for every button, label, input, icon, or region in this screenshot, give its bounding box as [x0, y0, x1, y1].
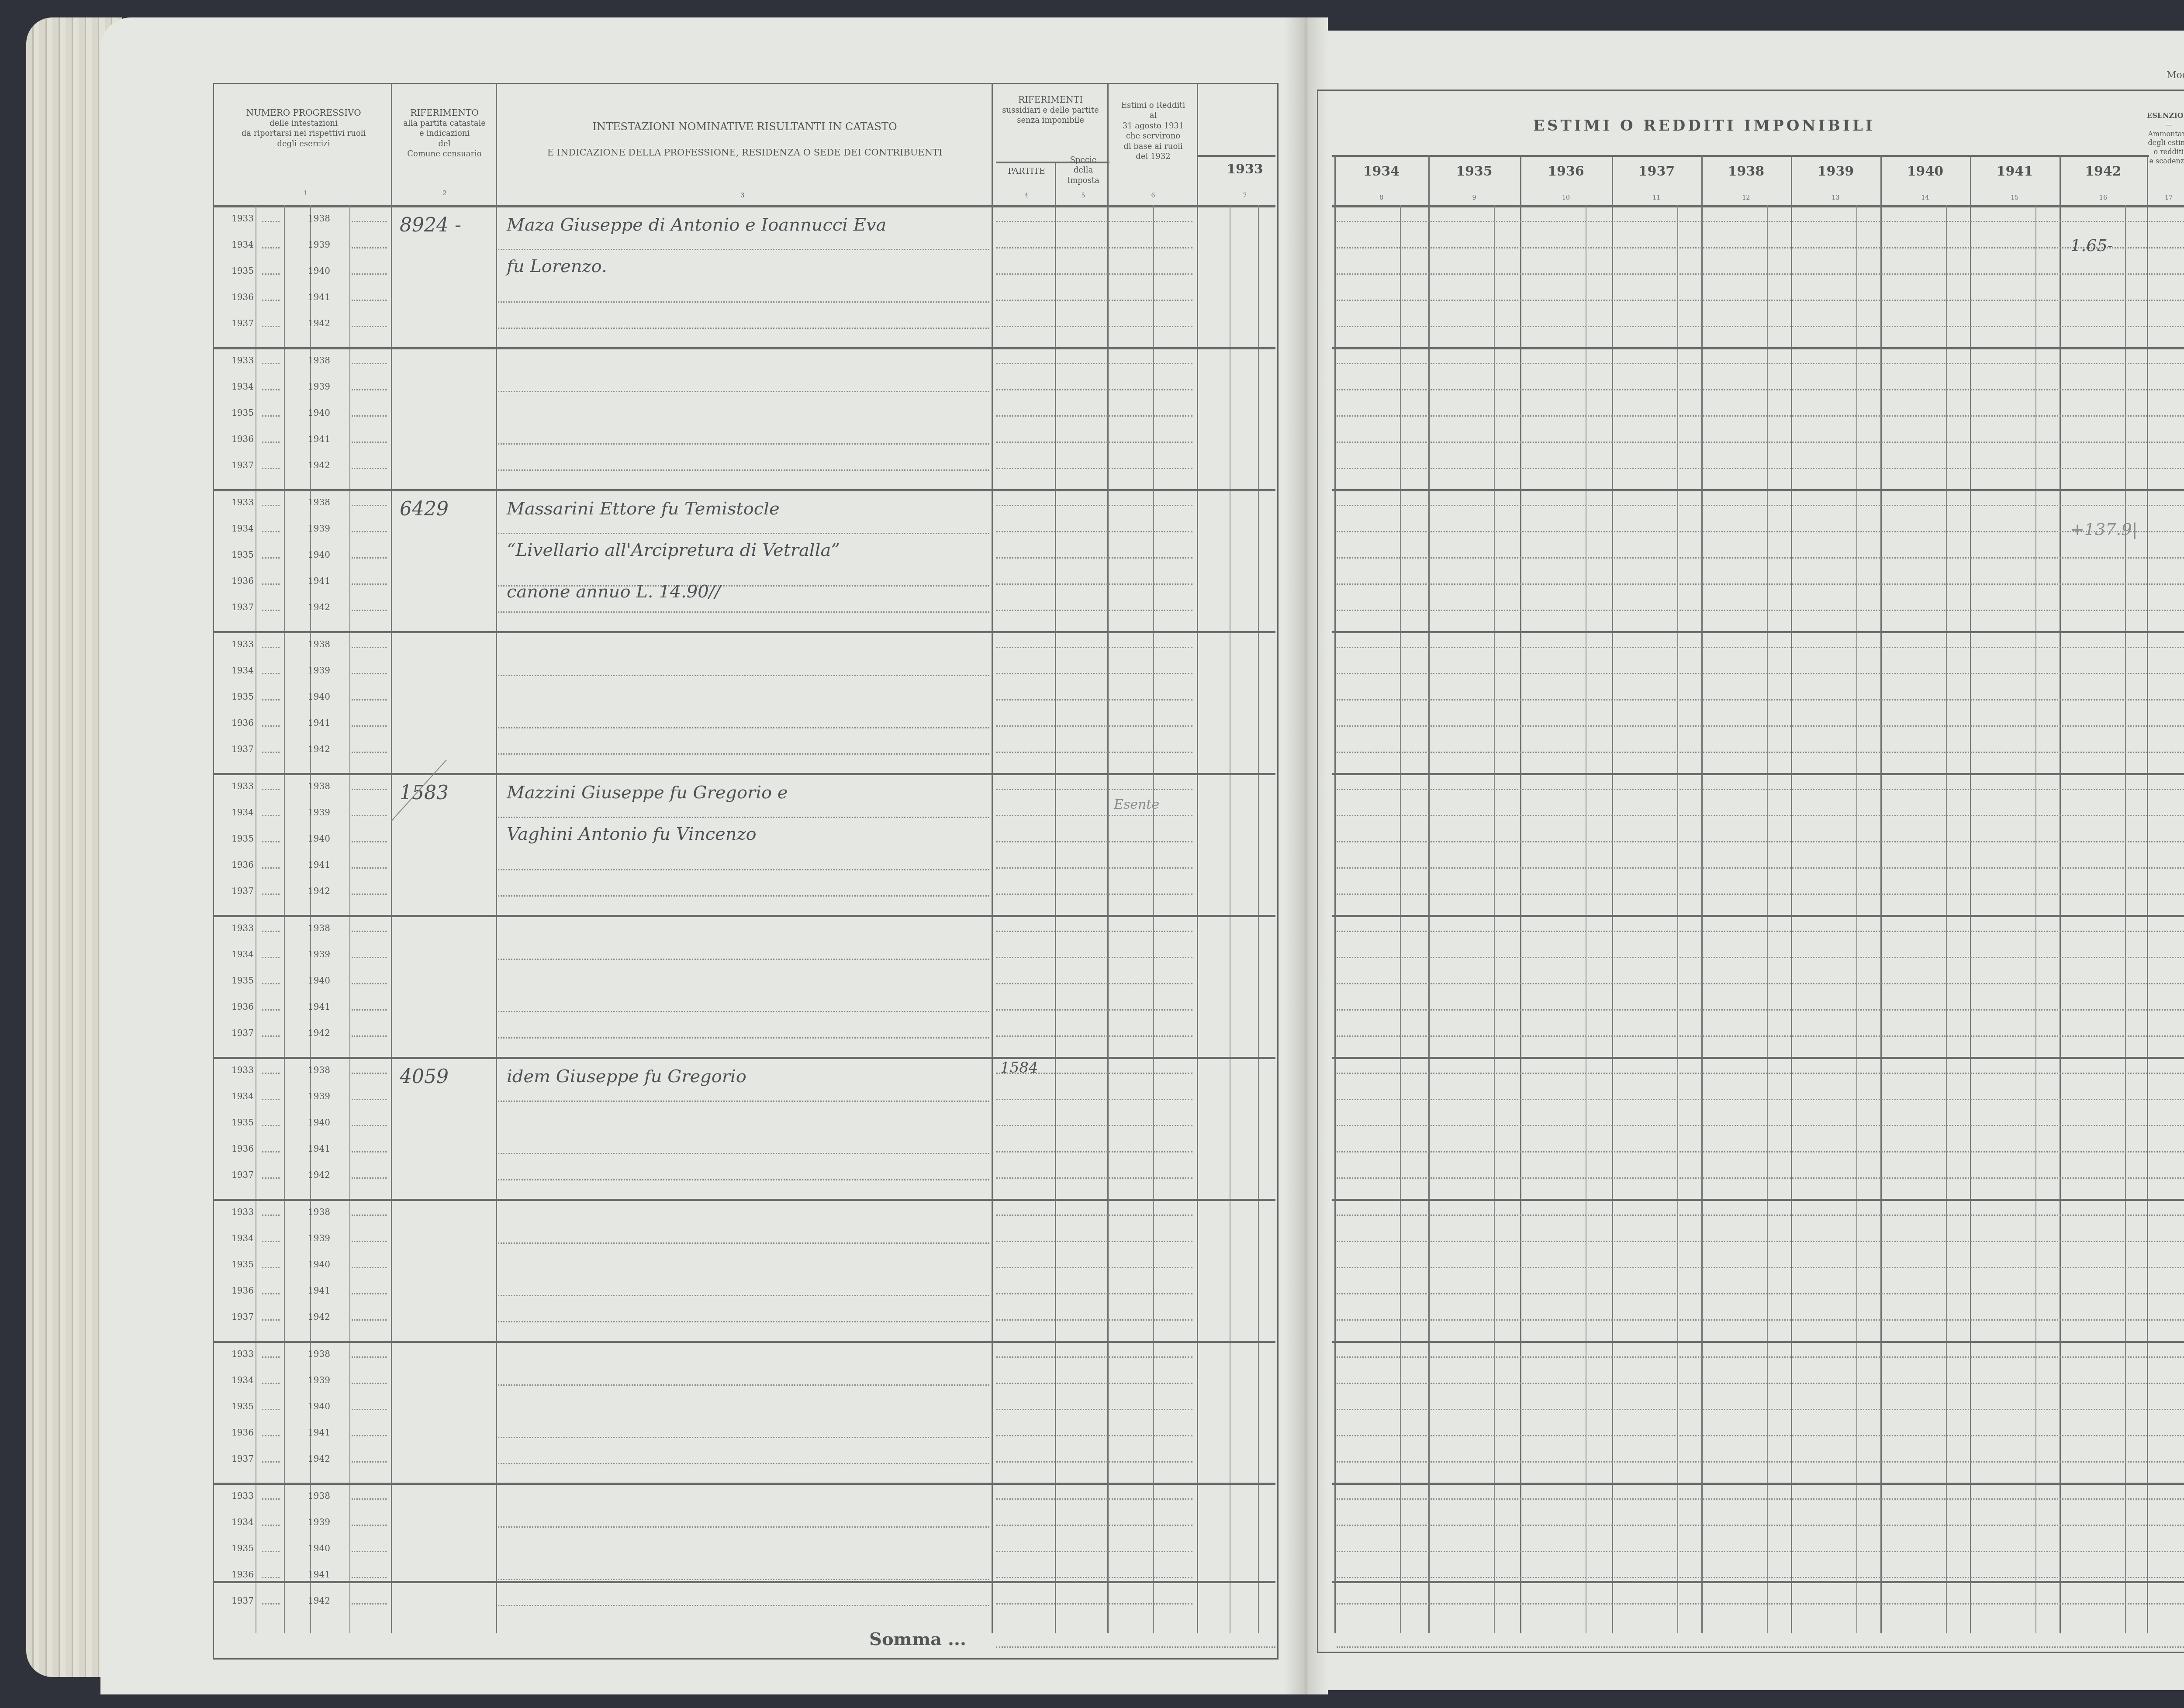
dotted-leader — [262, 300, 280, 301]
header-year-1938: 1938 — [1701, 164, 1791, 179]
dotted-leader — [352, 1435, 387, 1436]
ref-writing-line — [996, 1435, 1192, 1436]
dotted-leader — [262, 1461, 280, 1463]
dotted-leader — [352, 1356, 387, 1358]
ref-writing-line — [996, 221, 1192, 222]
header-partite: PARTITE — [996, 166, 1057, 177]
ref-writing-line — [996, 557, 1192, 559]
left-block-rule — [214, 1483, 1275, 1485]
left-col-divider — [391, 83, 392, 1633]
name-writing-line — [498, 727, 989, 728]
year-label: 1933 — [232, 1207, 254, 1217]
dotted-leader — [262, 1009, 280, 1011]
ref-writing-line — [996, 1603, 1192, 1604]
dotted-leader — [352, 1525, 387, 1526]
value-writing-line — [1337, 983, 2184, 984]
year-label: 1941 — [308, 434, 330, 444]
name-writing-line — [498, 959, 989, 960]
dotted-leader — [352, 1461, 387, 1463]
value-writing-line — [1337, 725, 2184, 727]
dotted-leader — [262, 1073, 280, 1074]
year-label: 1934 — [232, 665, 254, 676]
dotted-leader — [262, 1577, 280, 1578]
year-label: 1934 — [232, 1375, 254, 1385]
year-label: 1936 — [232, 434, 254, 444]
dotted-leader — [262, 610, 280, 611]
entry-name-line: fu Lorenzo. — [507, 256, 607, 276]
colnum-15: 15 — [1970, 194, 2060, 201]
ref-writing-line — [996, 300, 1192, 301]
value-writing-line — [1337, 389, 2184, 390]
ref-writing-line — [996, 725, 1192, 727]
right-block-rule — [1332, 773, 2184, 775]
dotted-leader — [352, 583, 387, 585]
year-label: 1942 — [308, 1170, 330, 1180]
dotted-leader — [262, 931, 280, 932]
right-block-rule — [1332, 1341, 2184, 1343]
ref-writing-line — [996, 1461, 1192, 1463]
dotted-leader — [352, 1603, 387, 1604]
header-year-1940: 1940 — [1880, 164, 1970, 179]
ref-writing-line — [996, 752, 1192, 753]
ref-writing-line — [996, 673, 1192, 674]
dotted-leader — [262, 815, 280, 816]
dotted-leader — [262, 583, 280, 585]
entry-partita-number: 8924 - — [400, 214, 461, 236]
value-writing-line — [1337, 1125, 2184, 1126]
dotted-leader — [352, 1498, 387, 1500]
year-label: 1935 — [232, 1401, 254, 1411]
right-block-rule — [1332, 1483, 2184, 1485]
year-label: 1942 — [308, 318, 330, 328]
year-label: 1942 — [308, 1028, 330, 1038]
dotted-leader — [262, 983, 280, 984]
dotted-leader — [352, 326, 387, 327]
year-label: 1940 — [308, 1543, 330, 1553]
year-label: 1935 — [232, 975, 254, 986]
value-writing-line — [1337, 1035, 2184, 1037]
colnum-12: 12 — [1701, 194, 1791, 201]
year-label: 1937 — [232, 1028, 254, 1038]
year-label: 1939 — [308, 239, 330, 250]
value-writing-line — [1337, 1177, 2184, 1179]
colnum-11: 11 — [1612, 194, 1701, 201]
year-label: 1940 — [308, 407, 330, 418]
year-label: 1939 — [308, 1091, 330, 1101]
ref-writing-line — [996, 247, 1192, 248]
entry-name-line: Massarini Ettore fu Temistocle — [507, 499, 780, 519]
ref-writing-line — [996, 841, 1192, 842]
year-label: 1939 — [308, 1233, 330, 1243]
year-label: 1941 — [308, 718, 330, 728]
value-writing-line — [1337, 531, 2184, 532]
ref-writing-line — [996, 1035, 1192, 1037]
year-label: 1933 — [232, 923, 254, 933]
dotted-leader — [352, 1409, 387, 1410]
dotted-leader — [262, 1099, 280, 1100]
value-writing-line — [1337, 1073, 2184, 1074]
name-writing-line — [498, 753, 989, 755]
left-block-rule — [214, 1341, 1275, 1343]
dotted-leader — [262, 363, 280, 364]
ref-writing-line — [996, 1525, 1192, 1526]
colnum-4: 4 — [1022, 192, 1031, 199]
entry-value-1942: 1.65- — [2070, 236, 2113, 255]
value-writing-line — [1337, 442, 2184, 443]
value-writing-line — [1337, 1525, 2184, 1526]
header-riferimenti-sussidiari: RIFERIMENTI sussidiari e delle partite s… — [996, 94, 1105, 126]
dotted-leader — [352, 725, 387, 727]
dotted-leader — [262, 273, 280, 275]
ref-writing-line — [996, 415, 1192, 417]
year-label: 1935 — [232, 266, 254, 276]
dotted-leader — [352, 931, 387, 932]
colnum-1: 1 — [301, 190, 310, 197]
ref-writing-line — [996, 1125, 1192, 1126]
name-writing-line — [498, 1011, 989, 1012]
year-label: 1938 — [308, 1491, 330, 1501]
year-label: 1935 — [232, 691, 254, 702]
dotted-leader — [262, 505, 280, 506]
dotted-leader — [352, 273, 387, 275]
form-code: Mod. 111 - Imposte Dirette (Intercalare)… — [2167, 70, 2184, 81]
ref-writing-line — [996, 442, 1192, 443]
year-label: 1934 — [232, 523, 254, 534]
header-estimi-1931: Estimi o Redditi al 31 agosto 1931 che s… — [1109, 100, 1197, 162]
year-label: 1935 — [232, 833, 254, 844]
dotted-leader — [262, 1035, 280, 1037]
value-writing-line — [1337, 1293, 2184, 1294]
right-block-rule — [1332, 489, 2184, 491]
dotted-leader — [262, 673, 280, 674]
year-label: 1942 — [308, 460, 330, 470]
year-label: 1939 — [308, 665, 330, 676]
year-label: 1933 — [232, 781, 254, 791]
left-col-divider — [284, 205, 285, 1633]
dotted-leader — [262, 1409, 280, 1410]
header-year-1942: 1942 — [2060, 164, 2147, 179]
dotted-leader — [262, 557, 280, 559]
year-label: 1936 — [232, 1569, 254, 1580]
year-label: 1942 — [308, 1311, 330, 1322]
dotted-leader — [262, 1551, 280, 1552]
year-label: 1934 — [232, 807, 254, 818]
year-label: 1940 — [308, 1401, 330, 1411]
left-col-divider — [1107, 83, 1109, 1633]
value-writing-line — [1337, 931, 2184, 932]
right-subcol-divider — [1946, 205, 1947, 1633]
header-esenzioni: ESENZIONI — Ammontare degli estimi o red… — [2147, 111, 2184, 166]
entry-name-line: “Livellario all'Arcipretura di Vetralla” — [507, 540, 840, 560]
value-writing-line — [1337, 1267, 2184, 1268]
somma-line-right — [1337, 1646, 2184, 1648]
dotted-leader — [352, 1577, 387, 1578]
ref-writing-line — [996, 1409, 1192, 1410]
dotted-leader — [352, 957, 387, 958]
right-subcol-divider — [1767, 205, 1768, 1633]
year-label: 1934 — [232, 1517, 254, 1527]
value-writing-line — [1337, 468, 2184, 469]
ref-writing-line — [996, 957, 1192, 958]
left-ledger-table — [213, 83, 1279, 1660]
dotted-leader — [352, 468, 387, 469]
entry-partita-number: 4059 — [400, 1066, 449, 1088]
year-label: 1936 — [232, 718, 254, 728]
value-writing-line — [1337, 867, 2184, 869]
dotted-leader — [352, 1099, 387, 1100]
colnum-5: 5 — [1079, 192, 1088, 199]
year-label: 1933 — [232, 497, 254, 507]
name-writing-line — [498, 1384, 989, 1386]
dotted-leader — [352, 894, 387, 895]
right-year-rule — [1332, 155, 2149, 157]
ref-writing-line — [996, 983, 1192, 984]
name-writing-line — [498, 1153, 989, 1154]
value-writing-line — [1337, 363, 2184, 364]
left-col-divider — [310, 205, 311, 1633]
header-year-1936: 1936 — [1520, 164, 1612, 179]
year-label: 1941 — [308, 1143, 330, 1154]
dotted-leader — [262, 221, 280, 222]
year-label: 1934 — [232, 1233, 254, 1243]
dotted-leader — [262, 442, 280, 443]
value-writing-line — [1337, 647, 2184, 648]
ref-writing-line — [996, 273, 1192, 275]
value-writing-line — [1337, 221, 2184, 222]
header-year-1935: 1935 — [1428, 164, 1520, 179]
ref-writing-line — [996, 1241, 1192, 1242]
year-label: 1938 — [308, 1349, 330, 1359]
dotted-leader — [262, 841, 280, 842]
value-writing-line — [1337, 1241, 2184, 1242]
right-block-rule — [1332, 631, 2184, 633]
dotted-leader — [352, 752, 387, 753]
entry-name-line: canone annuo L. 14.90// — [507, 582, 721, 602]
ref-writing-line — [996, 468, 1192, 469]
colnum-8: 8 — [1334, 194, 1428, 201]
ref-writing-line — [996, 894, 1192, 895]
ref-writing-line — [996, 505, 1192, 506]
name-writing-line — [498, 611, 989, 613]
left-col-divider — [1197, 83, 1198, 1633]
dotted-leader — [352, 815, 387, 816]
ref-writing-line — [996, 326, 1192, 327]
ref-writing-line — [996, 867, 1192, 869]
header-specie-imposta: Specie della Imposta — [1061, 155, 1105, 186]
ref-writing-line — [996, 1498, 1192, 1500]
year-label: 1940 — [308, 1259, 330, 1270]
header-year-1941: 1941 — [1970, 164, 2060, 179]
left-block-rule — [214, 773, 1275, 775]
dotted-leader — [352, 1383, 387, 1384]
year-label: 1934 — [232, 239, 254, 250]
ref-writing-line — [996, 1099, 1192, 1100]
dotted-leader — [352, 389, 387, 390]
dotted-leader — [262, 1525, 280, 1526]
dotted-leader — [352, 867, 387, 869]
name-writing-line — [498, 249, 989, 250]
right-header-rule — [1332, 205, 2184, 207]
year-label: 1939 — [308, 1375, 330, 1385]
dotted-leader — [262, 1151, 280, 1152]
dotted-leader — [352, 1319, 387, 1321]
dotted-leader — [262, 867, 280, 869]
name-writing-line — [498, 675, 989, 676]
year-label: 1939 — [308, 1517, 330, 1527]
name-writing-line — [498, 1437, 989, 1438]
ref-writing-line — [996, 1009, 1192, 1011]
dotted-leader — [352, 841, 387, 842]
year-label: 1940 — [308, 975, 330, 986]
ref-writing-line — [996, 815, 1192, 816]
dotted-leader — [352, 1267, 387, 1268]
name-writing-line — [498, 869, 989, 870]
dotted-leader — [352, 531, 387, 532]
name-writing-line — [498, 533, 989, 534]
ref-writing-line — [996, 699, 1192, 700]
year-label: 1936 — [232, 292, 254, 302]
left-block-rule — [214, 1199, 1275, 1201]
ref-writing-line — [996, 1356, 1192, 1358]
year-label: 1937 — [232, 886, 254, 896]
value-writing-line — [1337, 1461, 2184, 1463]
value-writing-line — [1337, 841, 2184, 842]
value-writing-line — [1337, 1383, 2184, 1384]
entry-partita-number: 6429 — [400, 498, 449, 520]
year-label: 1937 — [232, 1595, 254, 1606]
dotted-leader — [352, 1125, 387, 1126]
value-writing-line — [1337, 1215, 2184, 1216]
name-writing-line — [498, 1037, 989, 1039]
year-label: 1937 — [232, 460, 254, 470]
value-writing-line — [1337, 247, 2184, 248]
ref-writing-line — [996, 610, 1192, 611]
year-label: 1941 — [308, 1427, 330, 1438]
year-label: 1942 — [308, 744, 330, 754]
year-label: 1937 — [232, 602, 254, 612]
year-label: 1940 — [308, 691, 330, 702]
year-label: 1933 — [232, 1491, 254, 1501]
ref-writing-line — [996, 583, 1192, 585]
left-block-rule — [214, 347, 1275, 349]
dotted-leader — [352, 1551, 387, 1552]
year-label: 1933 — [232, 1349, 254, 1359]
right-block-rule — [1332, 1057, 2184, 1059]
name-writing-line — [498, 1321, 989, 1322]
right-subcol-divider — [2035, 205, 2036, 1633]
dotted-leader — [352, 789, 387, 790]
year-label: 1938 — [308, 923, 330, 933]
value-writing-line — [1337, 610, 2184, 611]
left-block-rule — [214, 489, 1275, 491]
year-label: 1933 — [232, 355, 254, 366]
left-block-rule — [214, 1057, 1275, 1059]
ref-writing-line — [996, 1177, 1192, 1179]
year-label: 1935 — [232, 1259, 254, 1270]
dotted-leader — [352, 1151, 387, 1152]
dotted-leader — [262, 752, 280, 753]
year-label: 1936 — [232, 1427, 254, 1438]
ref-writing-line — [996, 389, 1192, 390]
left-col-divider — [1153, 205, 1154, 1633]
dotted-leader — [352, 442, 387, 443]
dotted-leader — [262, 468, 280, 469]
year-label: 1937 — [232, 744, 254, 754]
left-col-divider — [1230, 205, 1230, 1633]
left-header-rule — [214, 205, 1275, 207]
name-writing-line — [498, 469, 989, 471]
dotted-leader — [352, 300, 387, 301]
value-writing-line — [1337, 673, 2184, 674]
value-writing-line — [1337, 1577, 2184, 1578]
year-label: 1933 — [232, 1065, 254, 1075]
name-writing-line — [498, 895, 989, 897]
colnum-7: 7 — [1241, 192, 1249, 199]
name-writing-line — [498, 1179, 989, 1180]
colnum-14: 14 — [1880, 194, 1970, 201]
name-writing-line — [498, 1605, 989, 1606]
ref-writing-line — [996, 363, 1192, 364]
dotted-leader — [262, 699, 280, 700]
year-label: 1938 — [308, 781, 330, 791]
dotted-leader — [262, 326, 280, 327]
dotted-leader — [352, 1073, 387, 1074]
value-writing-line — [1337, 789, 2184, 790]
dotted-leader — [262, 1435, 280, 1436]
right-ledger-table — [1317, 90, 2184, 1653]
right-block-rule — [1332, 915, 2184, 917]
year-label: 1940 — [308, 833, 330, 844]
dotted-leader — [352, 1035, 387, 1037]
dotted-leader — [262, 1267, 280, 1268]
value-writing-line — [1337, 1498, 2184, 1500]
somma-line — [996, 1646, 1275, 1648]
name-writing-line — [498, 1463, 989, 1464]
dotted-leader — [352, 1009, 387, 1011]
value-writing-line — [1337, 752, 2184, 753]
value-writing-line — [1337, 1551, 2184, 1552]
entry-name-line: idem Giuseppe fu Gregorio — [507, 1066, 746, 1087]
year-label: 1941 — [308, 1001, 330, 1012]
ref-writing-line — [996, 789, 1192, 790]
header-year-1934: 1934 — [1334, 164, 1428, 179]
year-label: 1934 — [232, 949, 254, 959]
left-col-divider — [992, 83, 993, 1633]
year-1933-rule — [1197, 155, 1275, 157]
year-label: 1942 — [308, 1595, 330, 1606]
name-writing-line — [498, 1579, 989, 1580]
colnum-3: 3 — [738, 192, 747, 199]
entry-value-1942: +137.9| — [2070, 520, 2137, 539]
ref-writing-line — [996, 1551, 1192, 1552]
year-label: 1935 — [232, 549, 254, 560]
dotted-leader — [352, 247, 387, 248]
entry-estimi-1931: Esente — [1114, 797, 1159, 812]
dotted-leader — [262, 1215, 280, 1216]
left-col-divider — [496, 83, 497, 1633]
dotted-leader — [262, 1356, 280, 1358]
left-col-divider — [349, 205, 350, 1633]
colnum-13: 13 — [1791, 194, 1880, 201]
dotted-leader — [352, 557, 387, 559]
colnum-9: 9 — [1428, 194, 1520, 201]
somma-label: Somma ... — [869, 1629, 966, 1649]
dotted-leader — [262, 531, 280, 532]
left-block-rule — [214, 915, 1275, 917]
colnum-16: 16 — [2060, 194, 2147, 201]
header-year-1939: 1939 — [1791, 164, 1880, 179]
year-label: 1934 — [232, 1091, 254, 1101]
